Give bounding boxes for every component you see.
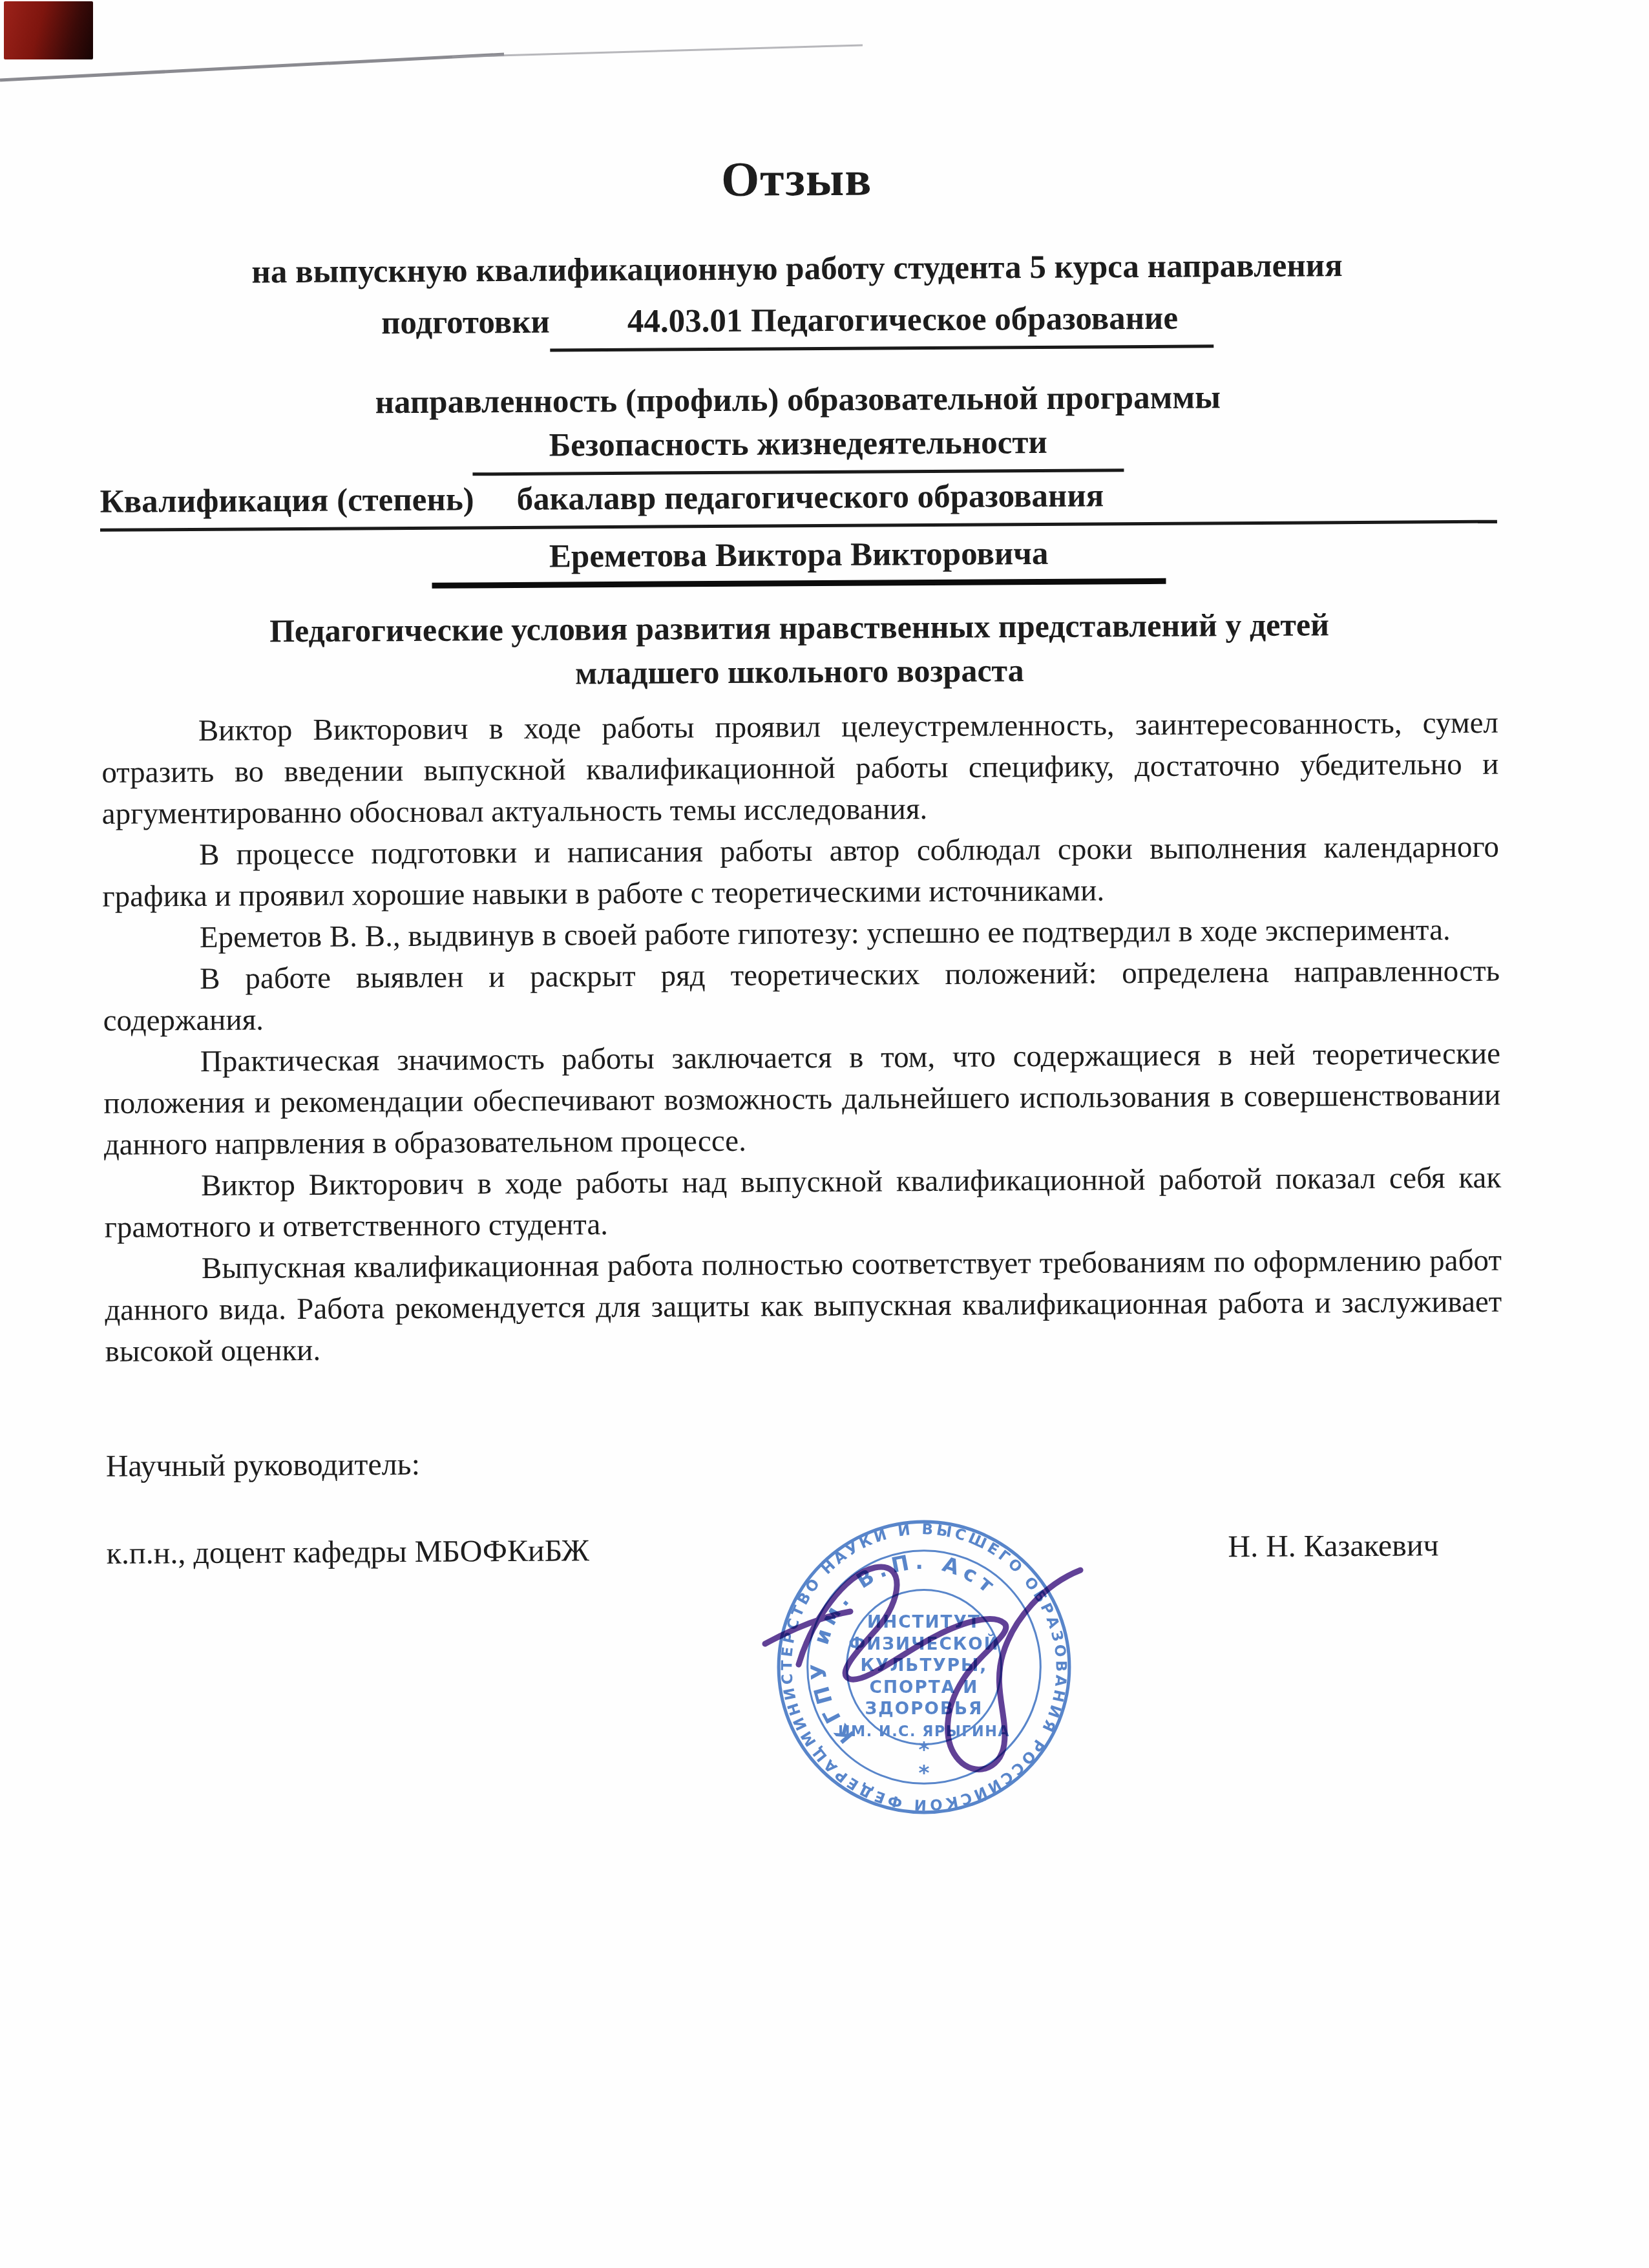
stamp-asterisk-icon: *: [919, 1760, 930, 1785]
review-paragraph: Виктор Викторович в ходе работы над выпу…: [104, 1157, 1502, 1248]
review-paragraph: В работе выявлен и раскрыт ряд теоретиче…: [103, 950, 1500, 1042]
program-value-underlined: 44.03.01 Педагогическое образование: [550, 297, 1214, 352]
thesis-title-line1: Педагогические условия развития нравстве…: [101, 602, 1498, 654]
review-paragraph: Выпускная квалификационная работа полнос…: [105, 1240, 1502, 1372]
header-line-student-name: Ереметова Виктора Викторовича: [100, 530, 1497, 591]
thesis-title-line2: младшего школьного возраста: [101, 646, 1498, 698]
stamp-asterisk-icon: *: [919, 1737, 930, 1761]
review-body: Виктор Викторович в ходе работы проявил …: [101, 702, 1502, 1372]
supervisor-name: Н. Н. Казакевич: [1228, 1528, 1439, 1564]
supervisor-label: Научный руководитель:: [106, 1440, 1503, 1484]
stamp-institute-line: ФИЗИЧЕСКОЙ: [848, 1633, 1000, 1654]
qualification-label: Квалификация (степень): [100, 479, 474, 522]
header-line-profile-value: Безопасность жизнедеятельности: [100, 419, 1497, 478]
review-paragraph: В процессе подготовки и написания работы…: [102, 826, 1500, 918]
review-paragraph: Виктор Викторович в ходе работы проявил …: [101, 702, 1499, 835]
header-line-profile: направленность (профиль) образовательной…: [100, 375, 1497, 426]
stamp-institute-line: КУЛЬТУРЫ,: [861, 1656, 988, 1675]
document-title: Отзыв: [97, 0, 1495, 212]
header-line-program: подготовки44.03.01 Педагогическое образо…: [99, 295, 1496, 355]
thesis-title: Педагогические условия развития нравстве…: [101, 602, 1498, 698]
header-line-qualification: Квалификация (степень) бакалавр педагоги…: [100, 474, 1497, 532]
review-paragraph: Практическая значимость работы заключает…: [103, 1033, 1501, 1166]
stamp-institute-line: СПОРТА И: [870, 1678, 979, 1697]
program-label: подготовки: [381, 304, 550, 342]
supervisor-position: к.п.н., доцент кафедры МБОФКиБЖ: [106, 1533, 589, 1571]
profile-value-underlined: Безопасность жизнедеятельности: [472, 421, 1124, 476]
university-stamp-icon: МИНИСТЕРСТВО НАУКИ И ВЫСШЕГО ОБРАЗОВАНИЯ…: [773, 1517, 1075, 1818]
header-line-intro: на выпускную квалификационную работу сту…: [98, 244, 1495, 295]
qualification-value: бакалавр педагогического образования: [517, 476, 1104, 520]
stamp-center-text: ИНСТИТУТ ФИЗИЧЕСКОЙ КУЛЬТУРЫ, СПОРТА И З…: [838, 1613, 1010, 1785]
stamp-institute-line: ИНСТИТУТ: [867, 1613, 981, 1632]
program-value: 44.03.01 Педагогическое образование: [627, 300, 1178, 340]
document-page: Отзыв на выпускную квалификационную рабо…: [0, 0, 1649, 2268]
document-content: Отзыв на выпускную квалификационную рабо…: [0, 0, 1649, 1572]
stamp-institute-line: ЗДОРОВЬЯ: [865, 1699, 983, 1719]
student-name-underlined: Ереметова Виктора Викторовича: [432, 532, 1166, 589]
